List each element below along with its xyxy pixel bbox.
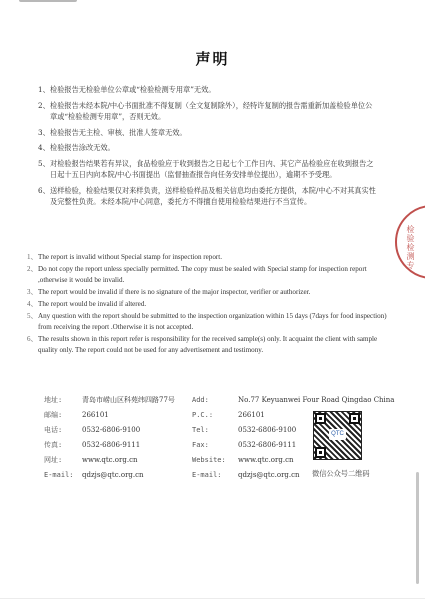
item-number: 4、 — [27, 299, 38, 310]
item-number: 6、 — [38, 185, 50, 208]
qr-finder-icon — [349, 413, 360, 424]
official-seal-stamp: 检验检测专 — [395, 205, 425, 279]
item-number: 1、 — [38, 84, 50, 96]
list-item: 5、Any question with the report should be… — [27, 311, 387, 333]
list-item: 3、检验报告无主检、审核、批准人签章无效。 — [38, 127, 378, 139]
contact-label: Website: — [192, 453, 238, 468]
list-item: 1、检验报告无检验单位公章或“检验检测专用章”无效。 — [38, 84, 378, 96]
item-text: 检验报告无主检、审核、批准人签章无效。 — [50, 127, 378, 139]
contact-label: Tel: — [192, 423, 238, 438]
contact-row-phone: Tel:0532-6806-9100 — [192, 423, 394, 438]
qr-finder-icon — [315, 447, 326, 458]
item-number: 3、 — [27, 287, 38, 298]
contact-label: 网址: — [44, 453, 82, 468]
chinese-statement-list: 1、检验报告无检验单位公章或“检验检测专用章”无效。 2、检验报告未经本院/中心… — [38, 84, 378, 212]
contact-label: E-mail: — [44, 468, 82, 483]
item-text: 检验报告未经本院/中心书面批准不得复制（全文复制除外），经特许复制的报告需重新加… — [50, 100, 378, 123]
item-text: The report is invalid without Special st… — [38, 252, 387, 263]
contact-row-website: Website:www.qtc.org.cn — [192, 453, 394, 468]
contact-row-address: Add:No.77 Keyuanwei Four Road Qingdao Ch… — [192, 393, 394, 408]
qtc-logo-icon: QTC — [329, 429, 346, 440]
qr-caption: 微信公众号二维码 — [312, 469, 370, 479]
list-item: 4、The report would be invalid if altered… — [27, 299, 387, 310]
item-text: 送样检验，检验结果仅对来样负责，送样检验样品及相关信息均由委托方提供，本院/中心… — [50, 185, 378, 208]
item-number: 6、 — [27, 334, 38, 356]
item-text: 检验报告涂改无效。 — [50, 142, 378, 154]
qr-finder-icon — [315, 413, 326, 424]
contact-label: 邮编: — [44, 408, 82, 423]
list-item: 3、The report would be invalid if there i… — [27, 287, 387, 298]
contact-value: 0532-6806-9100 — [238, 423, 296, 438]
page-title: 声明 — [0, 48, 425, 69]
contact-row-fax: Fax:0532-6806-9111 — [192, 438, 394, 453]
list-item: 2、检验报告未经本院/中心书面批准不得复制（全文复制除外），经特许复制的报告需重… — [38, 100, 378, 123]
contact-row-website: 网址:www.qtc.org.cn — [44, 453, 175, 468]
contact-label: 电话: — [44, 423, 82, 438]
item-number: 5、 — [38, 158, 50, 181]
contact-value: 0532-6806-9111 — [82, 438, 140, 453]
contact-row-address: 地址:青岛市崂山区科苑纬四路77号 — [44, 393, 175, 408]
contact-value: 266101 — [238, 408, 265, 423]
contact-label: 地址: — [44, 393, 82, 408]
item-text: The results shown in this report refer i… — [38, 334, 387, 356]
contact-row-phone: 电话:0532-6806-9100 — [44, 423, 175, 438]
item-text: The report would be invalid if altered. — [38, 299, 387, 310]
item-number: 3、 — [38, 127, 50, 139]
contact-row-email: E-mail:qdzjs@qtc.org.cn — [44, 468, 175, 483]
item-number: 1、 — [27, 252, 38, 263]
item-text: 对检验报告结果若有异议，食品检验应于收到报告之日起七个工作日内、其它产品检验应在… — [50, 158, 378, 181]
list-item: 6、The results shown in this report refer… — [27, 334, 387, 356]
list-item: 4、检验报告涂改无效。 — [38, 142, 378, 154]
list-item: 2、Do not copy the report unless speciall… — [27, 264, 387, 286]
item-number: 2、 — [38, 100, 50, 123]
list-item: 6、送样检验，检验结果仅对来样负责，送样检验样品及相关信息均由委托方提供，本院/… — [38, 185, 378, 208]
english-statement-list: 1、The report is invalid without Special … — [27, 252, 387, 357]
contact-value: qdzjs@qtc.org.cn — [238, 468, 300, 483]
contact-row-fax: 传真:0532-6806-9111 — [44, 438, 175, 453]
bottom-divider — [0, 598, 425, 599]
item-text: Do not copy the report unless specially … — [38, 264, 387, 286]
contact-label: Fax: — [192, 438, 238, 453]
contact-value: No.77 Keyuanwei Four Road Qingdao China — [238, 393, 394, 408]
contact-value: qdzjs@qtc.org.cn — [82, 468, 144, 483]
item-number: 5、 — [27, 311, 38, 333]
contact-value: 266101 — [82, 408, 109, 423]
contact-value: 0532-6806-9100 — [82, 423, 140, 438]
wechat-qr-code: QTC — [313, 411, 362, 460]
contact-value: 0532-6806-9111 — [238, 438, 296, 453]
list-item: 1、The report is invalid without Special … — [27, 252, 387, 263]
contact-info-chinese: 地址:青岛市崂山区科苑纬四路77号 邮编:266101 电话:0532-6806… — [44, 393, 175, 483]
list-item: 5、对检验报告结果若有异议，食品检验应于收到报告之日起七个工作日内、其它产品检验… — [38, 158, 378, 181]
item-text: The report would be invalid if there is … — [38, 287, 387, 298]
contact-label: 传真: — [44, 438, 82, 453]
stamp-text: 检验检测专 — [405, 225, 416, 270]
item-text: Any question with the report should be s… — [38, 311, 387, 333]
contact-label: P.C.: — [192, 408, 238, 423]
contact-value: 青岛市崂山区科苑纬四路77号 — [82, 393, 175, 408]
contact-row-postcode: P.C.:266101 — [192, 408, 394, 423]
item-text: 检验报告无检验单位公章或“检验检测专用章”无效。 — [50, 84, 378, 96]
contact-label: Add: — [192, 393, 238, 408]
contact-row-postcode: 邮编:266101 — [44, 408, 175, 423]
contact-value: www.qtc.org.cn — [238, 453, 294, 468]
top-handle-bar — [19, 0, 77, 2]
vertical-scrollbar[interactable] — [416, 472, 419, 584]
contact-label: E-mail: — [192, 468, 238, 483]
item-number: 4、 — [38, 142, 50, 154]
contact-value: www.qtc.org.cn — [82, 453, 138, 468]
item-number: 2、 — [27, 264, 38, 286]
